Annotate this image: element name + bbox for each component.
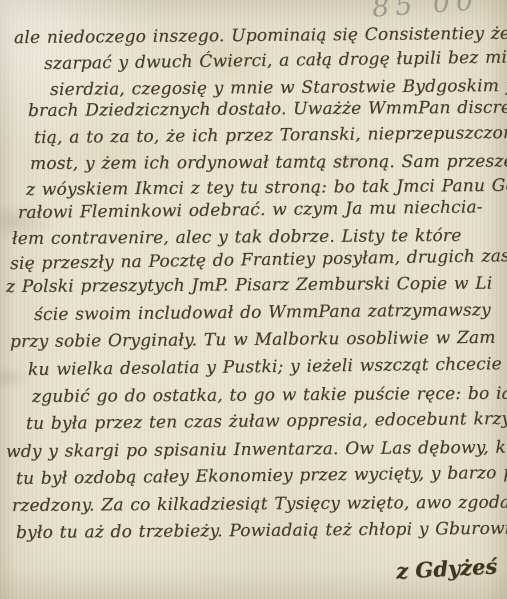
manuscript-line: ku wielka desolatia y Pustki; y ieżeli w… [28,354,502,380]
manuscript-line: wdy y skargi po spisaniu Inwentarza. Ow … [6,437,507,462]
manuscript-line: brach Dziedzicznych dostało. Uważże WmmP… [28,98,507,121]
manuscript-line: tią, a to za to, że ich przez Toranski, … [34,123,507,148]
pencil-page-number: 85 00 [371,0,480,24]
manuscript-line: szarpać y dwuch Ćwierci, a całą drogę łu… [44,47,507,74]
manuscript-line: sierdzia, czegosię y mnie w Starostwie B… [50,76,507,100]
manuscript-page: 85 00 ale niedoczego inszego. Upominaią … [0,0,507,599]
manuscript-line: łem contravenire, alec y tak dobrze. Lis… [12,226,462,249]
manuscript-line: ście swoim includował do WmmPana zatrzym… [34,300,491,325]
manuscript-line: tu był ozdobą całey Ekonomiey przez wyci… [16,463,507,489]
manuscript-line: z wóyskiem Ikmci z tey tu stroną: bo tak… [26,176,507,200]
manuscript-line: tu była przez ten czas żuław oppresia, e… [26,409,507,434]
manuscript-line: z Polski przeszytych JmP. Pisarz Zemburs… [6,274,492,297]
manuscript-line: przy sobie Oryginały. Tu w Malborku osob… [10,328,496,352]
catchword: z Gdyżeś [395,553,497,583]
manuscript-line: się przeszły na Pocztę do Frantiey posył… [10,246,507,274]
manuscript-line: ale niedoczego inszego. Upominaią się Co… [14,23,507,48]
manuscript-line: było tu aż do trzebieży. Powiadaią też c… [16,519,507,543]
manuscript-line: zgubić go do ostatka, to go w takie puśc… [32,384,507,407]
manuscript-line: rałowi Fleminkowi odebrać. w czym Ja mu … [18,197,483,223]
manuscript-line: most, y żem ich ordynował tamtą stroną. … [30,151,507,174]
manuscript-line: rzedzony. Za co kilkadziesiąt Tysięcy wz… [12,492,507,516]
